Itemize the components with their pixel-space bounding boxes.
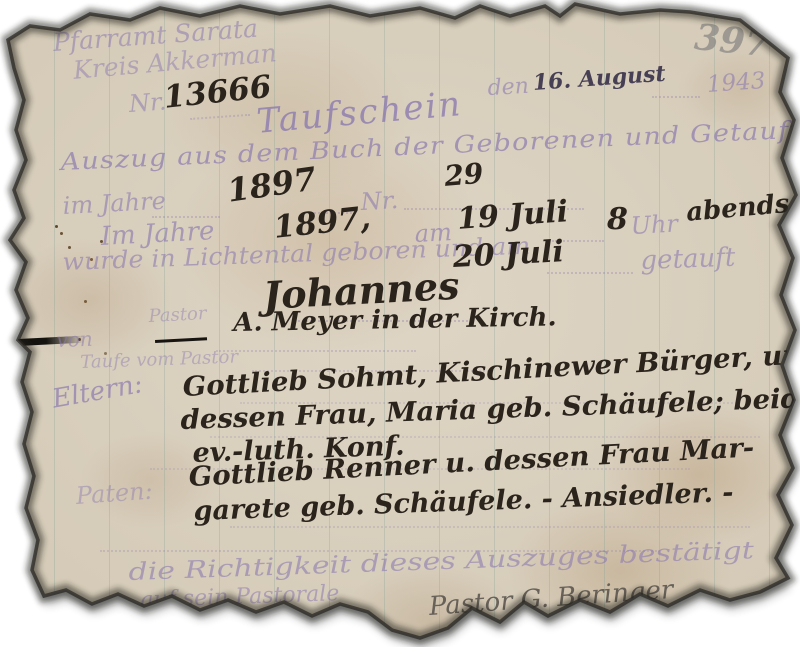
issue-date-prefix: den: [487, 74, 530, 101]
ink-speckles: [60, 232, 63, 235]
officiant-by-label: von: [56, 327, 93, 352]
dotted-leader: [190, 112, 250, 120]
issue-date-day-month: 16. August: [532, 61, 666, 96]
pencil-page-number: 397: [693, 16, 772, 66]
hour-label: Uhr: [630, 210, 679, 240]
extract-year-prefix: im Jahre: [62, 187, 166, 220]
time-of-day: abends: [685, 189, 791, 228]
birth-hour-value: 8: [607, 202, 628, 237]
baptized-word: getauft: [640, 243, 736, 276]
document-scan: Pfarramt Sarata Kreis Akkerman Nr. 13666…: [0, 0, 800, 647]
parents-label: Eltern:: [50, 369, 145, 414]
baptism-date: 20 Juli: [452, 234, 565, 275]
extract-nr-value: 29: [443, 157, 485, 193]
dotted-leader: [652, 94, 700, 98]
godparents-label: Paten:: [75, 477, 154, 510]
officiant-faint-label: Pastor: [148, 303, 207, 327]
record-number-label: Nr.: [128, 87, 167, 118]
dotted-leader: [216, 348, 416, 352]
crossed-out-line: [155, 337, 207, 343]
dotted-leader: [230, 524, 750, 528]
certification-line2: auf sein Pastorale: [140, 581, 340, 613]
issue-date-year: 1943: [706, 68, 766, 98]
dotted-leader: [547, 270, 633, 274]
officiant-faint-line: Taufe vom Pastor: [80, 346, 238, 372]
pastor-signature: Pastor G. Beringer: [428, 575, 674, 622]
officiant-name: A. Meyer in der Kirch.: [233, 302, 557, 338]
birth-date: 19 Juli: [456, 194, 569, 237]
paper-sheet: Pfarramt Sarata Kreis Akkerman Nr. 13666…: [0, 0, 800, 647]
